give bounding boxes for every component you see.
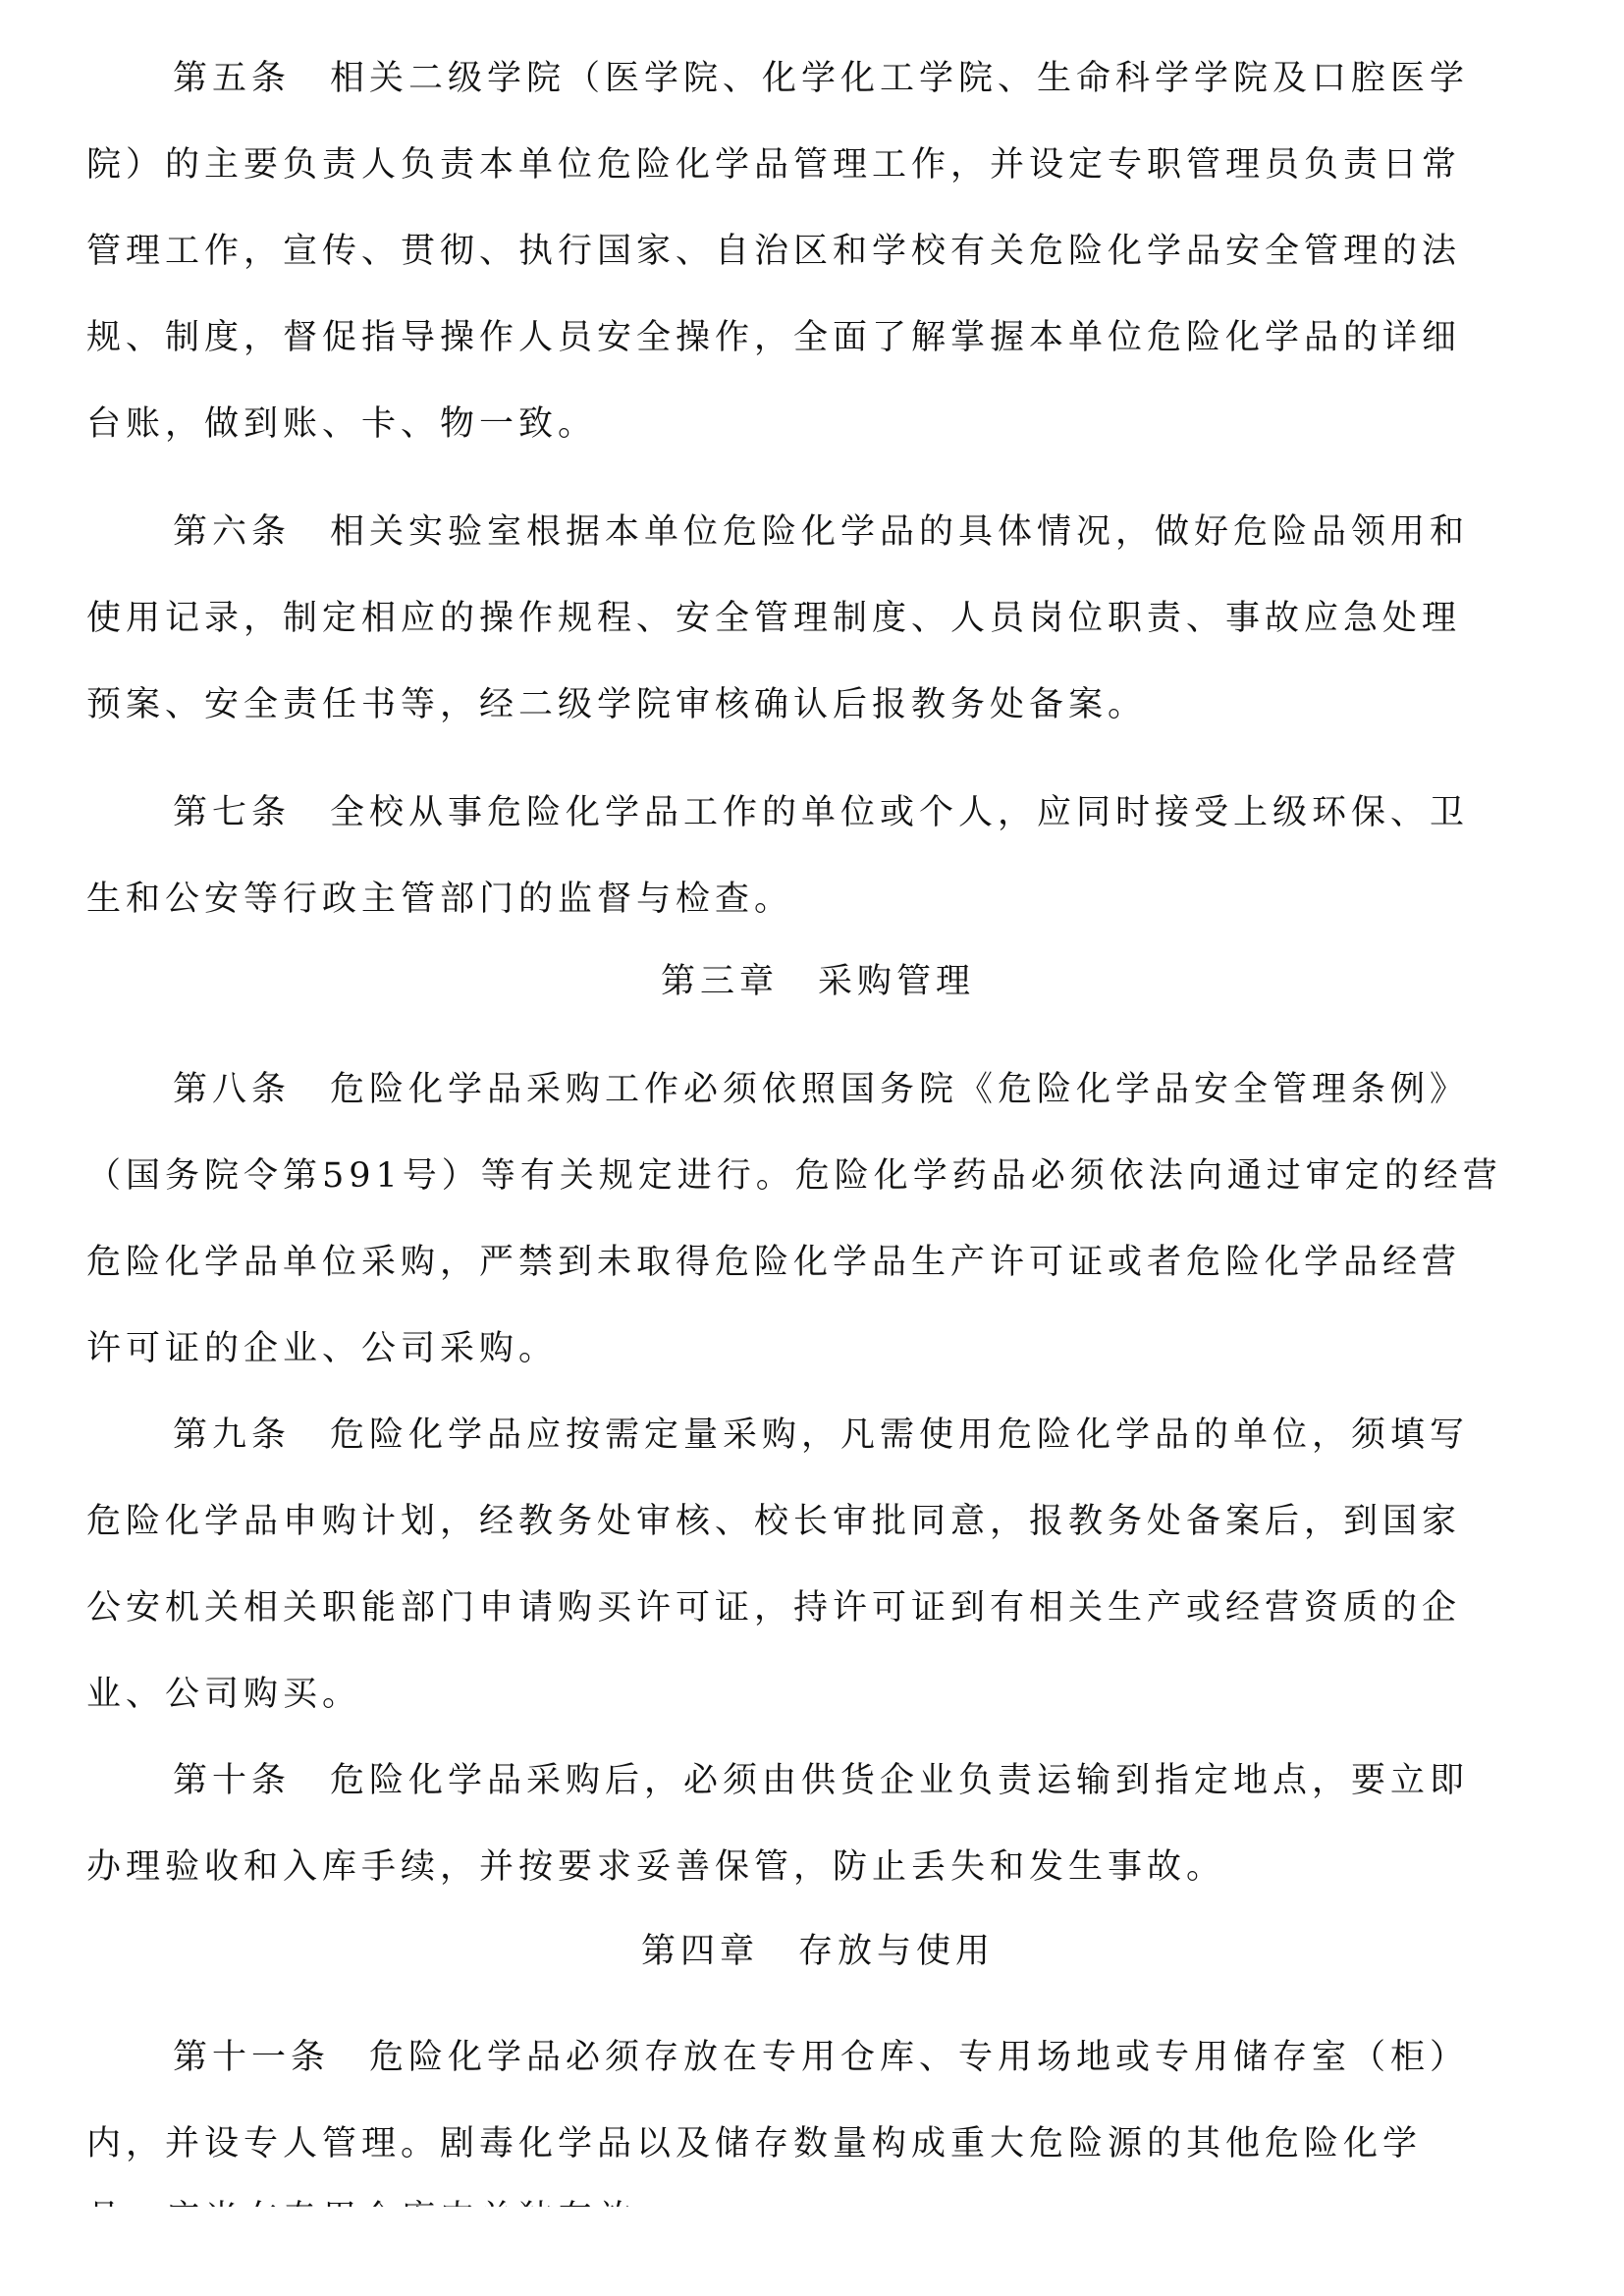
article-6-line-3: 预案、安全责任书等，经二级学院审核确认后报教务处备案。 xyxy=(86,683,1147,726)
article-9-line-3: 公安机关相关职能部门申请购买许可证，持许可证到有相关生产或经营资质的企 xyxy=(86,1586,1461,1629)
article-5-line-5: 台账，做到账、卡、物一致。 xyxy=(86,402,597,446)
chapter-4-heading: 第四章 存放与使用 xyxy=(86,1930,1549,1973)
article-7-line-1: 第七条 全校从事危险化学品工作的单位或个人，应同时接受上级环保、卫 xyxy=(173,791,1469,834)
article-11-line-2: 内，并设专人管理。剧毒化学品以及储存数量构成重大危险源的其他危险化学 xyxy=(86,2122,1422,2165)
article-5-line-2: 院）的主要负责人负责本单位危险化学品管理工作，并设定专职管理员负责日常 xyxy=(86,143,1461,187)
article-8-line-3: 危险化学品单位采购，严禁到未取得危险化学品生产许可证或者危险化学品经营 xyxy=(86,1241,1461,1284)
article-5-line-1: 第五条 相关二级学院（医学院、化学化工学院、生命科学学院及口腔医学 xyxy=(173,57,1469,100)
article-10-line-1: 第十条 危险化学品采购后，必须由供货企业负责运输到指定地点，要立即 xyxy=(173,1759,1469,1802)
article-8-line-4: 许可证的企业、公司采购。 xyxy=(86,1327,558,1370)
article-7-line-2: 生和公安等行政主管部门的监督与检查。 xyxy=(86,878,793,921)
article-6-line-2: 使用记录，制定相应的操作规程、安全管理制度、人员岗位职责、事故应急处理 xyxy=(86,597,1461,640)
article-9-line-1: 第九条 危险化学品应按需定量采购，凡需使用危险化学品的单位，须填写 xyxy=(173,1414,1469,1457)
article-10-line-2: 办理验收和入库手续，并按要求妥善保管，防止丢失和发生事故。 xyxy=(86,1845,1225,1889)
article-9-line-2: 危险化学品申购计划，经教务处审核、校长审批同意，报教务处备案后，到国家 xyxy=(86,1500,1461,1543)
chapter-3-heading: 第三章 采购管理 xyxy=(86,960,1549,1003)
article-5-line-4: 规、制度，督促指导操作人员安全操作，全面了解掌握本单位危险化学品的详细 xyxy=(86,316,1461,359)
article-6-line-1: 第六条 相关实验室根据本单位危险化学品的具体情况，做好危险品领用和 xyxy=(173,510,1469,554)
article-8-line-2: （国务院令第591号）等有关规定进行。危险化学药品必须依法向通过审定的经营 xyxy=(86,1154,1502,1198)
article-8-line-1: 第八条 危险化学品采购工作必须依照国务院《危险化学品安全管理条例》 xyxy=(173,1068,1469,1111)
article-5-line-3: 管理工作，宣传、贯彻、执行国家、自治区和学校有关危险化学品安全管理的法 xyxy=(86,230,1461,273)
article-11-line-1: 第十一条 危险化学品必须存放在专用仓库、专用场地或专用储存室（柜） xyxy=(173,2036,1469,2079)
article-9-line-4: 业、公司购买。 xyxy=(86,1673,361,1716)
page-cutoff xyxy=(0,2207,1624,2296)
